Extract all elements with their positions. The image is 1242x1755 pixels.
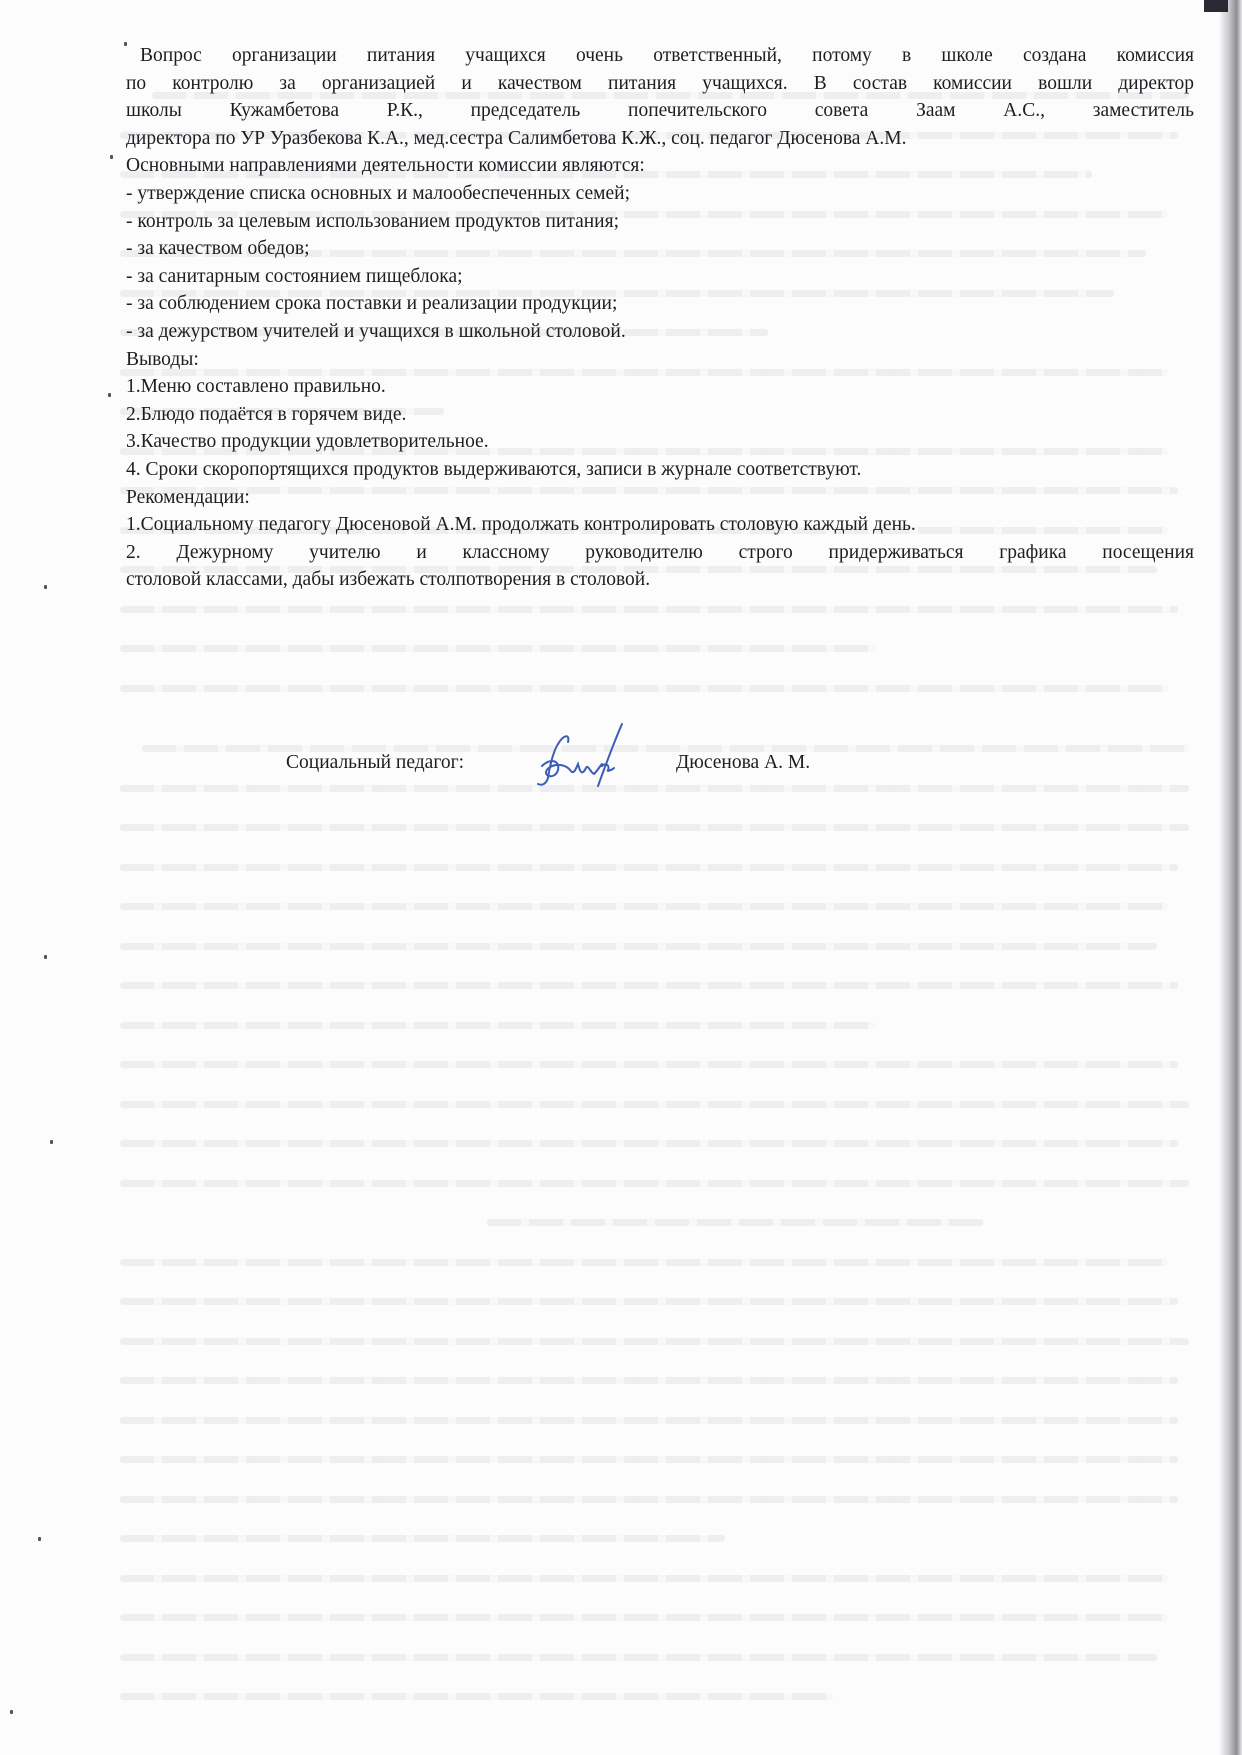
recommendations-heading: Рекомендации:: [126, 484, 1194, 512]
scanned-page: Вопрос организации питания учащихся очен…: [0, 0, 1242, 1755]
intro-line-3: школы Кужамбетова Р.К., председатель поп…: [126, 97, 1194, 125]
direction-item: - за соблюдением срока поставки и реализ…: [126, 290, 1194, 318]
intro-line-1: Вопрос организации питания учащихся очен…: [126, 42, 1194, 70]
direction-item: - утверждение списка основных и малообес…: [126, 180, 1194, 208]
scan-speck: [10, 1710, 13, 1714]
intro-line-4: директора по УР Уразбекова К.А., мед.сес…: [126, 125, 1194, 153]
conclusions-heading: Выводы:: [126, 346, 1194, 374]
directions-heading: Основными направлениями деятельности ком…: [126, 152, 1194, 180]
document-body: Вопрос организации питания учащихся очен…: [126, 42, 1194, 594]
scan-corner-mark: [1204, 0, 1228, 12]
direction-item: - за качеством обедов;: [126, 235, 1194, 263]
signature-label: Социальный педагог:: [286, 752, 464, 774]
scan-speck: [44, 955, 47, 959]
scan-speck: [50, 1140, 53, 1144]
conclusion-item: 2.Блюдо подаётся в горячем виде.: [126, 401, 1194, 429]
handwritten-signature-icon: [524, 720, 644, 790]
signature-block: Социальный педагог: Дюсенова А. М.: [286, 748, 886, 788]
conclusion-item: 4. Сроки скоропортящихся продуктов выдер…: [126, 456, 1194, 484]
direction-item: - за дежурством учителей и учащихся в шк…: [126, 318, 1194, 346]
scan-speck: [124, 42, 127, 46]
scan-speck: [44, 585, 47, 589]
scan-edge-shadow: [1220, 0, 1242, 1755]
direction-item: - контроль за целевым использованием про…: [126, 208, 1194, 236]
direction-item: - за санитарным состоянием пищеблока;: [126, 263, 1194, 291]
conclusion-item: 1.Меню составлено правильно.: [126, 373, 1194, 401]
scan-speck: [110, 155, 113, 159]
recommendation-item: 1.Социальному педагогу Дюсеновой А.М. пр…: [126, 511, 1194, 539]
intro-line-2: по контролю за организацией и качеством …: [126, 70, 1194, 98]
signatory-name: Дюсенова А. М.: [676, 752, 810, 774]
recommendation-item: столовой классами, дабы избежать столпот…: [126, 566, 1194, 594]
conclusion-item: 3.Качество продукции удовлетворительное.: [126, 428, 1194, 456]
recommendation-item: 2. Дежурному учителю и классному руковод…: [126, 539, 1194, 567]
scan-speck: [38, 1537, 41, 1541]
scan-speck: [108, 393, 111, 397]
bleed-through-lower: [120, 745, 1200, 1733]
